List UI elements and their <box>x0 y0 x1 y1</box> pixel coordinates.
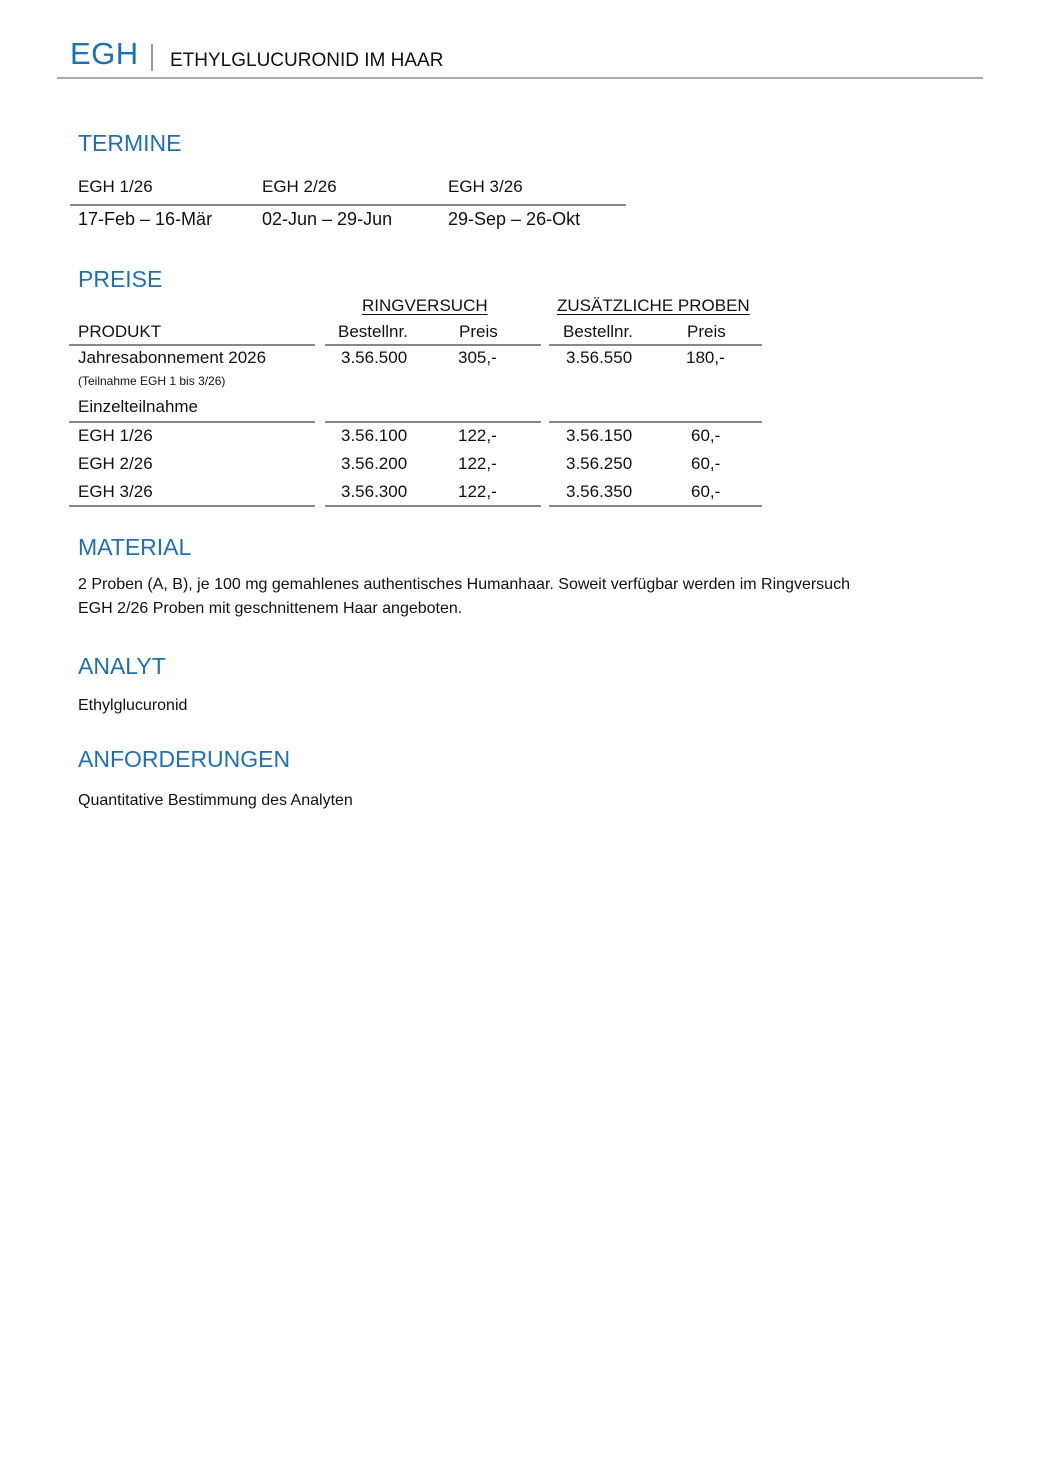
anforderungen-text: Quantitative Bestimmung des Analyten <box>78 789 353 813</box>
header-rule-zusaetzlich <box>549 344 762 346</box>
col-rv-bestellnr: Bestellnr. <box>338 322 408 342</box>
abo-zp-nr: 3.56.550 <box>566 348 632 368</box>
termine-date-3: 29-Sep – 26-Okt <box>448 209 580 230</box>
termine-col-3: EGH 3/26 <box>448 177 523 197</box>
abo-note: (Teilnahme EGH 1 bis 3/26) <box>78 374 225 388</box>
analyt-heading: ANALYT <box>78 653 166 680</box>
row-rv-preis: 122,- <box>458 454 497 474</box>
termine-col-1: EGH 1/26 <box>78 177 153 197</box>
header-rule-produkt <box>69 344 315 346</box>
abo-rv-nr: 3.56.500 <box>341 348 407 368</box>
material-heading: MATERIAL <box>78 534 191 561</box>
group-ringversuch: RINGVERSUCH <box>362 296 488 316</box>
row-rv-nr: 3.56.100 <box>341 426 407 446</box>
termine-heading: TERMINE <box>78 130 182 157</box>
abo-zp-preis: 180,- <box>686 348 725 368</box>
einzel-rule-produkt <box>69 421 315 423</box>
program-title: ETHYLGLUCURONID IM HAAR <box>170 50 443 72</box>
row-zp-nr: 3.56.150 <box>566 426 632 446</box>
einzel-label: Einzelteilnahme <box>78 397 198 417</box>
row-rv-preis: 122,- <box>458 482 497 502</box>
row-label: EGH 3/26 <box>78 482 153 502</box>
row-zp-preis: 60,- <box>691 426 720 446</box>
preise-heading: PREISE <box>78 266 162 293</box>
abo-label: Jahresabonnement 2026 <box>78 348 266 368</box>
row-zp-nr: 3.56.250 <box>566 454 632 474</box>
group-zusaetzliche-proben: ZUSÄTZLICHE PROBEN <box>557 296 750 316</box>
row-label: EGH 2/26 <box>78 454 153 474</box>
analyt-text: Ethylglucuronid <box>78 694 187 718</box>
einzel-rule-ringversuch <box>325 421 541 423</box>
col-produkt: PRODUKT <box>78 322 161 342</box>
termine-date-2: 02-Jun – 29-Jun <box>262 209 392 230</box>
col-zp-bestellnr: Bestellnr. <box>563 322 633 342</box>
program-code: EGH <box>70 36 139 72</box>
footer-rule-ringversuch <box>325 505 541 507</box>
col-zp-preis: Preis <box>687 322 726 342</box>
row-rv-nr: 3.56.200 <box>341 454 407 474</box>
anforderungen-heading: ANFORDERUNGEN <box>78 746 290 773</box>
row-zp-nr: 3.56.350 <box>566 482 632 502</box>
footer-rule-produkt <box>69 505 315 507</box>
termine-col-2: EGH 2/26 <box>262 177 337 197</box>
termine-rule <box>70 204 626 206</box>
einzel-rule-zusaetzlich <box>549 421 762 423</box>
footer-rule-zusaetzlich <box>549 505 762 507</box>
row-rv-nr: 3.56.300 <box>341 482 407 502</box>
row-label: EGH 1/26 <box>78 426 153 446</box>
header-rule <box>57 77 983 79</box>
header-rule-ringversuch <box>325 344 541 346</box>
material-text-line-1: 2 Proben (A, B), je 100 mg gemahlenes au… <box>78 573 850 597</box>
termine-date-1: 17-Feb – 16-Mär <box>78 209 212 230</box>
abo-rv-preis: 305,- <box>458 348 497 368</box>
row-rv-preis: 122,- <box>458 426 497 446</box>
material-text-line-2: EGH 2/26 Proben mit geschnittenem Haar a… <box>78 597 462 621</box>
col-rv-preis: Preis <box>459 322 498 342</box>
row-zp-preis: 60,- <box>691 482 720 502</box>
row-zp-preis: 60,- <box>691 454 720 474</box>
header-separator <box>151 44 153 71</box>
